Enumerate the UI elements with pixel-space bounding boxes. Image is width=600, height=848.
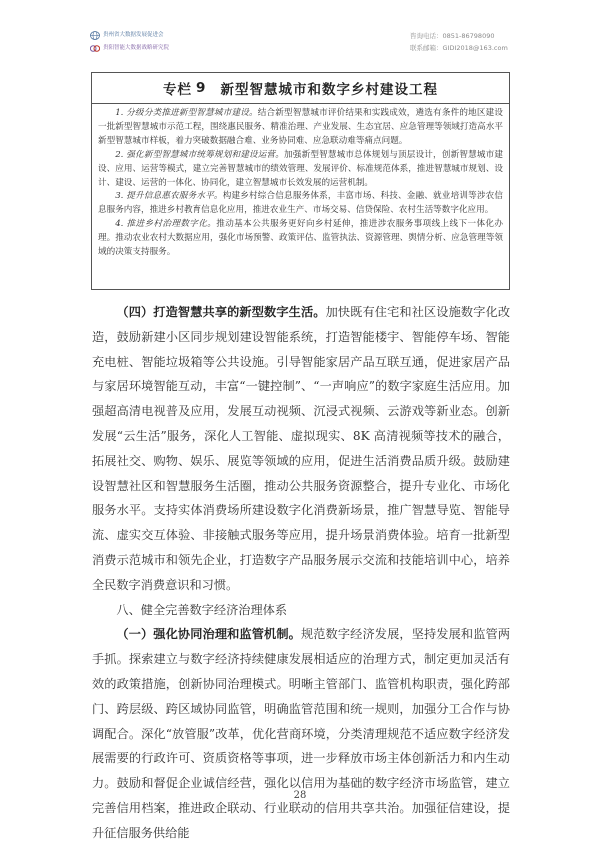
column-number: 9 xyxy=(196,80,206,96)
column-item-lead: 4. 推进乡村治理数字化。 xyxy=(115,219,216,229)
globe-logo-icon xyxy=(90,31,100,40)
column-box-body: 1. 分级分类推进新型智慧城市建设。结合新型智慧城市评价结果和实践成效，遴选有条… xyxy=(92,104,509,260)
email-address: GIDI2018@163.com xyxy=(443,44,508,52)
column-title: 新型智慧城市和数字乡村建设工程 xyxy=(220,78,438,98)
header-contact: 咨询电话：0851-86798090 联系邮箱：GIDI2018@163.com xyxy=(410,30,508,54)
paragraph-governance: （一）强化协同治理和监管机制。规范数字经济发展，坚持发展和监管两手抓。探索建立与… xyxy=(92,622,510,845)
logo-research-institute: 贵阳智能大数据战略研究院 xyxy=(90,43,170,54)
column-item-lead: 3. 提升信息惠农服务水平。 xyxy=(115,191,223,201)
column-item-lead: 2. 强化新型智慧城市统筹规划和建设运营。 xyxy=(115,150,284,160)
page-number: 28 xyxy=(0,790,600,801)
section-heading-1: （一）强化协同治理和监管机制。 xyxy=(116,627,301,641)
column-item: 1. 分级分类推进新型智慧城市建设。结合新型智慧城市评价结果和实践成效，遴选有条… xyxy=(98,107,503,149)
chapter-heading-8: 八、健全完善数字经济治理体系 xyxy=(92,598,510,623)
paragraph-text: 加快既有住宅和社区设施数字化改造，鼓励新建小区同步规划建设智能系统，打造智能楼宇… xyxy=(92,305,510,592)
column-item: 3. 提升信息惠农服务水平。构建乡村综合信息服务体系，丰富市场、科技、金融、就业… xyxy=(98,190,503,218)
column-label: 专栏 xyxy=(163,78,192,98)
phone-number: 0851-86798090 xyxy=(443,32,495,40)
logo-promotion-association: 贵州省大数据发展促进会 xyxy=(90,30,170,41)
column-box: 专栏 9 新型智慧城市和数字乡村建设工程 1. 分级分类推进新型智慧城市建设。结… xyxy=(91,72,510,290)
logo-text-institute: 贵阳智能大数据战略研究院 xyxy=(103,44,169,53)
column-item: 4. 推进乡村治理数字化。推动基本公共服务更好向乡村延伸，推进涉农服务事项线上线… xyxy=(98,218,503,260)
logo-text-association: 贵州省大数据发展促进会 xyxy=(103,31,164,40)
paragraph-text: 规范数字经济发展，坚持发展和监管两手抓。探索建立与数字经济持续健康发展相适应的治… xyxy=(92,627,510,839)
section-heading-4: （四）打造智慧共享的新型数字生活。 xyxy=(116,305,325,319)
gs-logo-icon xyxy=(90,44,100,53)
column-item: 2. 强化新型智慧城市统筹规划和建设运营。加强新型智慧城市总体规划与顶层设计，创… xyxy=(98,149,503,191)
phone-label: 咨询电话： xyxy=(410,32,443,40)
header-logos: 贵州省大数据发展促进会 贵阳智能大数据战略研究院 xyxy=(90,30,170,56)
column-item-lead: 1. 分级分类推进新型智慧城市建设。 xyxy=(115,108,258,118)
main-text: （四）打造智慧共享的新型数字生活。加快既有住宅和社区设施数字化改造，鼓励新建小区… xyxy=(92,300,510,846)
column-box-title: 专栏 9 新型智慧城市和数字乡村建设工程 xyxy=(92,73,509,104)
contact-phone: 咨询电话：0851-86798090 xyxy=(410,30,508,42)
email-label: 联系邮箱： xyxy=(410,44,443,52)
contact-email: 联系邮箱：GIDI2018@163.com xyxy=(410,42,508,54)
paragraph-digital-life: （四）打造智慧共享的新型数字生活。加快既有住宅和社区设施数字化改造，鼓励新建小区… xyxy=(92,300,510,598)
